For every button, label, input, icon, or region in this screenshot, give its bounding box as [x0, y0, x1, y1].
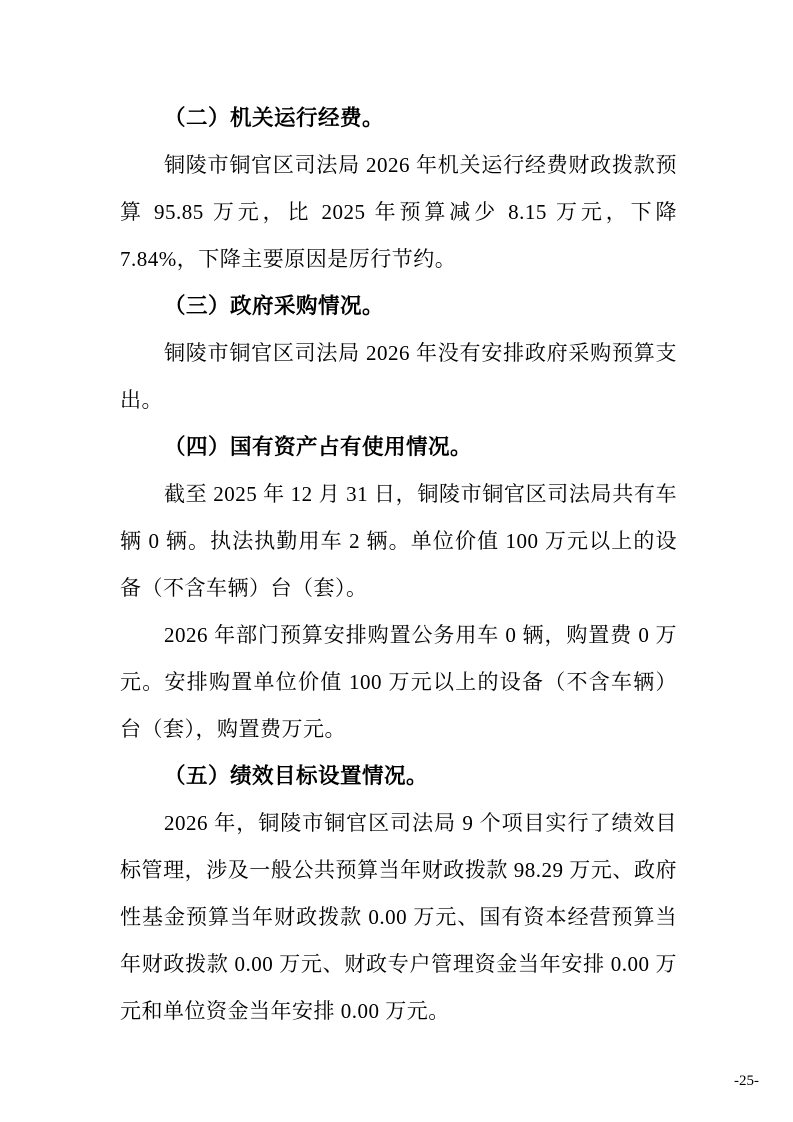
page-number: -25-	[734, 1073, 759, 1090]
section-heading-performance-targets: （五）绩效目标设置情况。	[120, 753, 677, 800]
section-paragraph-performance-targets: 2026 年，铜陵市铜官区司法局 9 个项目实行了绩效目标管理，涉及一般公共预算…	[120, 800, 677, 1035]
section-paragraph-state-assets-2: 2026 年部门预算安排购置公务用车 0 辆，购置费 0 万元。安排购置单位价值…	[120, 612, 677, 753]
document-content: （二）机关运行经费。 铜陵市铜官区司法局 2026 年机关运行经费财政拨款预算 …	[120, 95, 677, 1035]
section-paragraph-agency-operating-costs: 铜陵市铜官区司法局 2026 年机关运行经费财政拨款预算 95.85 万元，比 …	[120, 142, 677, 283]
section-heading-government-procurement: （三）政府采购情况。	[120, 283, 677, 330]
section-paragraph-government-procurement: 铜陵市铜官区司法局 2026 年没有安排政府采购预算支出。	[120, 330, 677, 424]
section-paragraph-state-assets-1: 截至 2025 年 12 月 31 日，铜陵市铜官区司法局共有车辆 0 辆。执法…	[120, 471, 677, 612]
document-page: （二）机关运行经费。 铜陵市铜官区司法局 2026 年机关运行经费财政拨款预算 …	[0, 0, 793, 1122]
section-heading-agency-operating-costs: （二）机关运行经费。	[120, 95, 677, 142]
section-heading-state-assets: （四）国有资产占有使用情况。	[120, 424, 677, 471]
